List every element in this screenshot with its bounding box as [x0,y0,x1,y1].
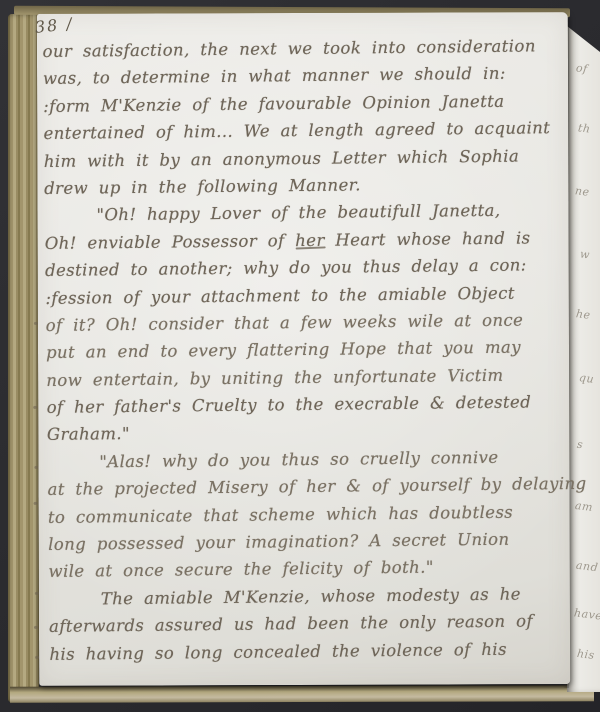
ink-speck [35,656,39,659]
manuscript-line: his having so long concealed the violenc… [49,635,569,668]
ink-speck [34,626,38,629]
manuscript-line: him with it by an anonymous Letter which… [44,142,564,175]
facing-page-text-fragment: th [577,121,591,135]
facing-page-text-fragment: of [575,61,588,75]
manuscript-page: 38 / our satisfaction, the next we took … [37,12,570,686]
ink-speck [34,466,38,469]
page-number: 38 / [34,14,75,37]
handwritten-text-block: our satisfaction, the next we took into … [42,32,569,668]
facing-page-text-fragment: he [575,307,591,322]
facing-page-text-fragment: ne [574,184,590,199]
facing-page-text-fragment: and [575,559,599,575]
book-fore-edge-left [8,14,39,702]
manuscript-photo: of th ne w he qu s am and have his 38 / … [0,0,600,712]
ink-speck [33,406,37,409]
ink-speck [34,322,38,325]
facing-page-text-fragment: qu [578,371,595,386]
facing-page-sliver [567,0,600,692]
ink-speck [34,502,38,505]
facing-page-text-fragment: w [579,247,590,261]
ink-speck [35,592,39,595]
facing-page-text-fragment: his [576,647,595,662]
book-edge-bottom [10,685,594,703]
facing-page-text-fragment: am [574,499,593,514]
